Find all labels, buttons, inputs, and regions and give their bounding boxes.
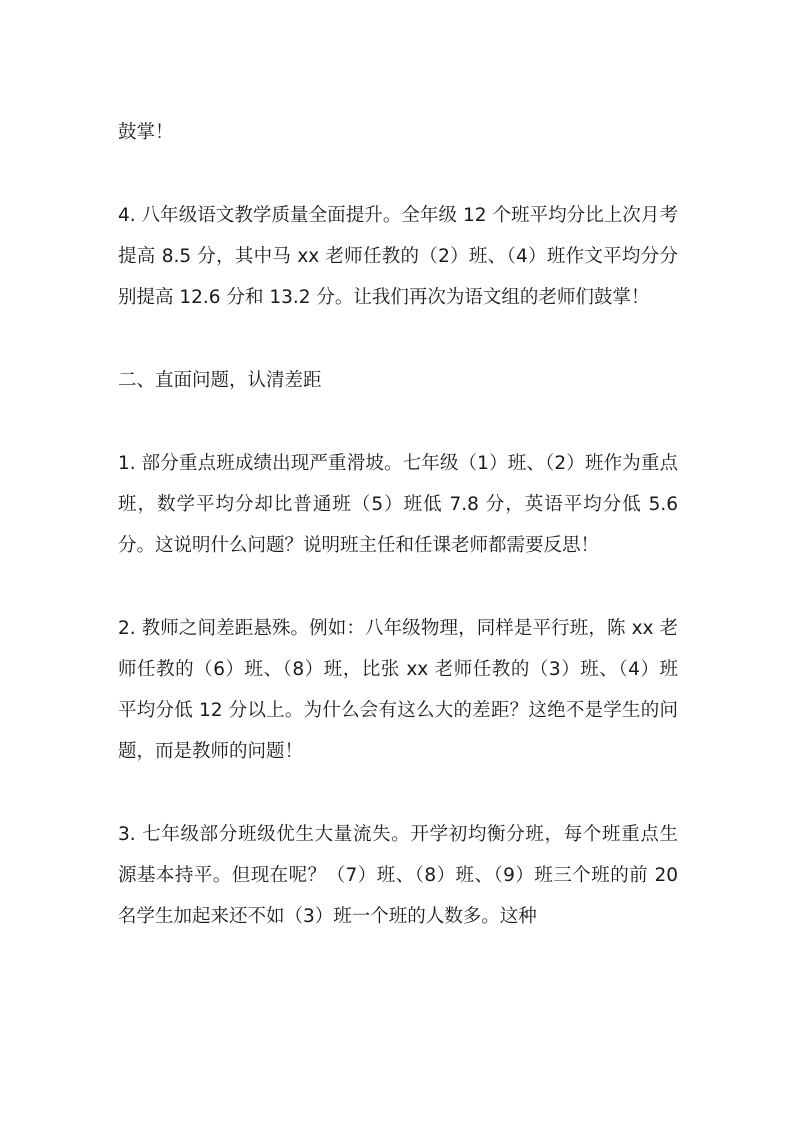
paragraph-problem-2: 2. 教师之间差距悬殊。例如：八年级物理，同样是平行班，陈 xx 老师任教的（6… <box>118 608 678 773</box>
paragraph-problem-3: 3. 七年级部分班级优生大量流失。开学初均衡分班，每个班重点生源基本持平。但现在… <box>118 814 678 938</box>
paragraph-continuation: 鼓掌！ <box>118 112 678 153</box>
section-heading: 二、直面问题，认清差距 <box>118 360 678 401</box>
paragraph-item-4: 4. 八年级语文教学质量全面提升。全年级 12 个班平均分比上次月考提高 8.5… <box>118 195 678 319</box>
document-page: 鼓掌！ 4. 八年级语文教学质量全面提升。全年级 12 个班平均分比上次月考提高… <box>118 112 678 979</box>
paragraph-problem-1: 1. 部分重点班成绩出现严重滑坡。七年级（1）班、（2）班作为重点班，数学平均分… <box>118 443 678 567</box>
